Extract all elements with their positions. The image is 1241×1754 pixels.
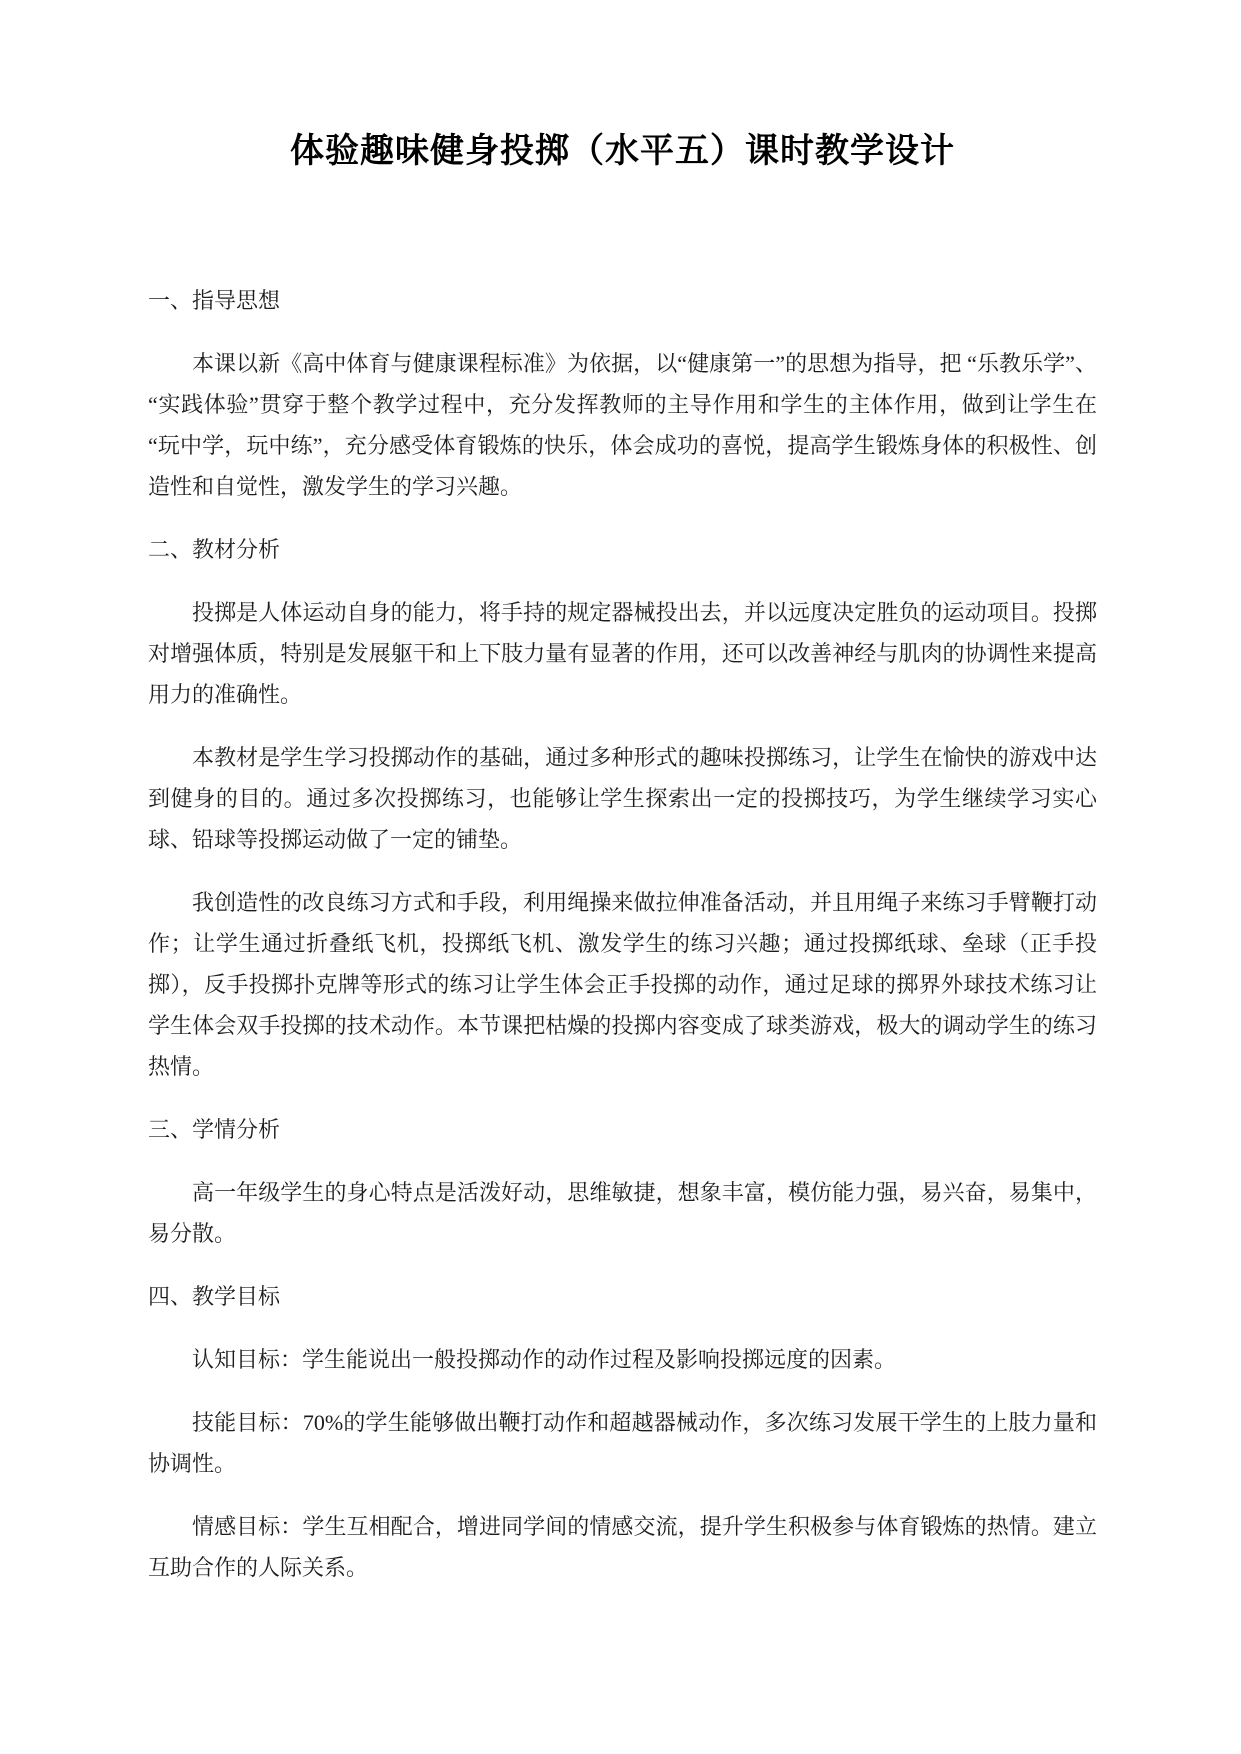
paragraph: 我创造性的改良练习方式和手段，利用绳操来做拉伸准备活动，并且用绳子来练习手臂鞭打… xyxy=(148,882,1097,1087)
paragraph: 本课以新《高中体育与健康课程标准》为依据，以“健康第一”的思想为指导，把 “乐教… xyxy=(148,343,1097,507)
section-heading-teaching-goals: 四、教学目标 xyxy=(148,1276,1097,1317)
section-heading-guiding-ideology: 一、指导思想 xyxy=(148,280,1097,321)
paragraph-cognitive-goal: 认知目标：学生能说出一般投掷动作的动作过程及影响投掷远度的因素。 xyxy=(148,1339,1097,1380)
paragraph: 本教材是学生学习投掷动作的基础，通过多种形式的趣味投掷练习，让学生在愉快的游戏中… xyxy=(148,737,1097,860)
paragraph-skill-goal: 技能目标：70%的学生能够做出鞭打动作和超越器械动作，多次练习发展干学生的上肢力… xyxy=(148,1402,1097,1484)
paragraph: 投掷是人体运动自身的能力，将手持的规定器械投出去，并以远度决定胜负的运动项目。投… xyxy=(148,592,1097,715)
section-heading-student-analysis: 三、学情分析 xyxy=(148,1109,1097,1150)
document-page: 体验趣味健身投掷（水平五）课时教学设计 一、指导思想 本课以新《高中体育与健康课… xyxy=(0,0,1241,1754)
paragraph: 高一年级学生的身心特点是活泼好动，思维敏捷，想象丰富，模仿能力强，易兴奋，易集中… xyxy=(148,1172,1097,1254)
document-title: 体验趣味健身投掷（水平五）课时教学设计 xyxy=(148,130,1097,174)
section-heading-material-analysis: 二、教材分析 xyxy=(148,529,1097,570)
paragraph-emotional-goal: 情感目标：学生互相配合，增进同学间的情感交流，提升学生积极参与体育锻炼的热情。建… xyxy=(148,1506,1097,1588)
